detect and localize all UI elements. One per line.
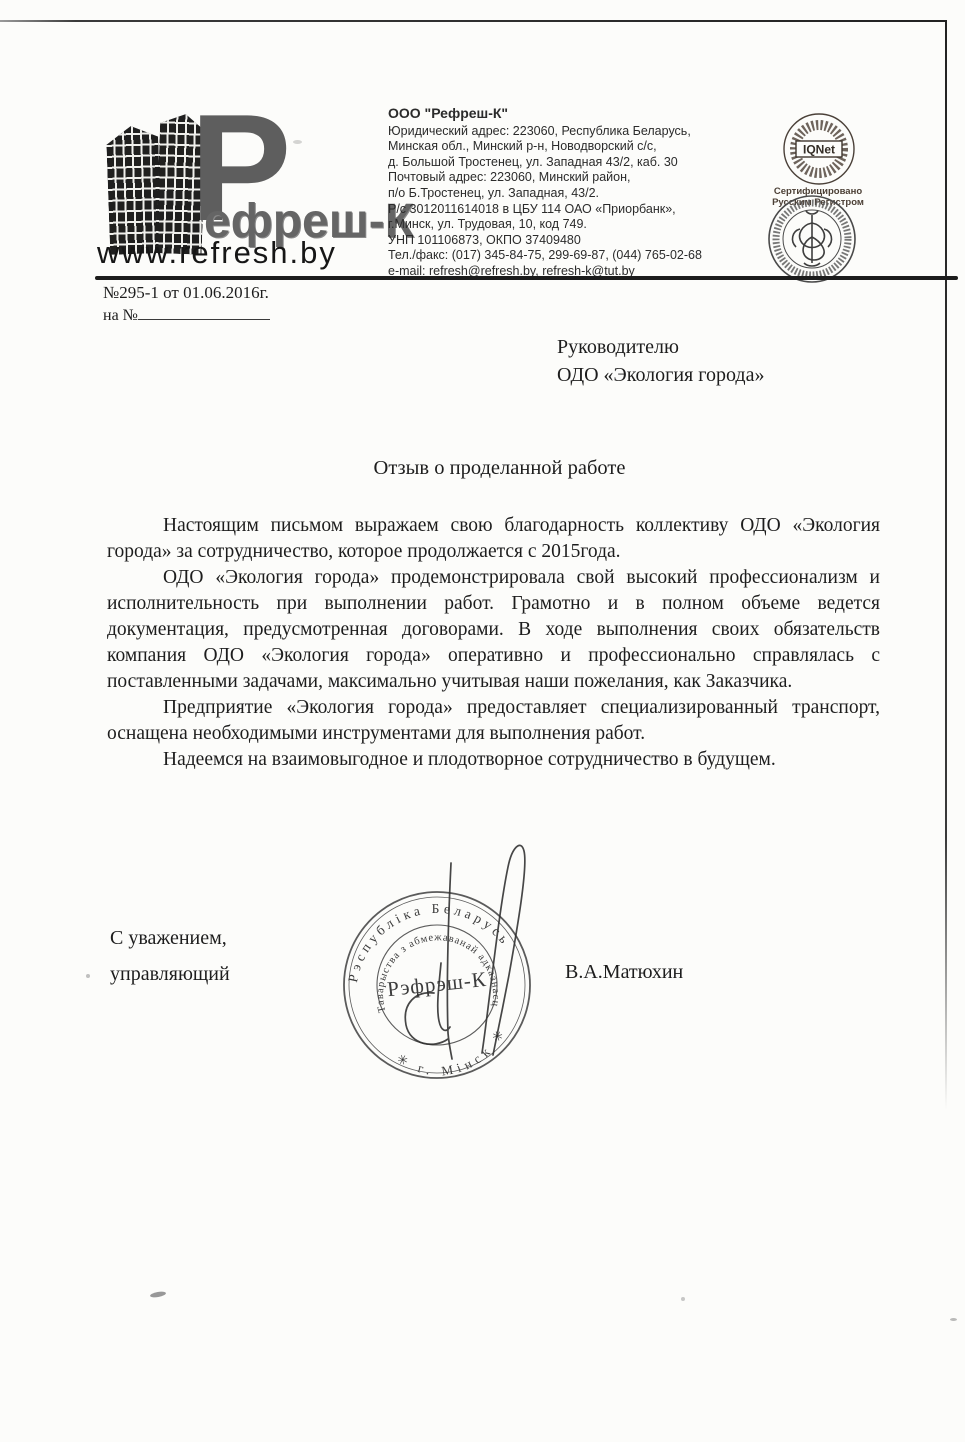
body-paragraph: Надеемся на взаимовыгодное и плодотворно… [107,747,880,773]
body-paragraph: Предприятие «Экология города» предоставл… [107,695,880,747]
letterhead-divider [95,276,958,280]
address-line: д. Большой Тростенец, ул. Западная 43/2,… [388,155,740,171]
address-line: Минская обл., Минский р-н, Новодворский … [388,139,740,155]
scan-speck [293,140,302,144]
iqnet-label: IQNet [803,143,835,157]
outgoing-number: №295-1 от 01.06.2016г. [103,283,269,303]
address-line: УНП 101106873, ОКПО 37409480 [388,233,740,249]
body-paragraph: Настоящим письмом выражаем свою благодар… [107,513,880,565]
incoming-number-blank [138,306,270,320]
scan-speck [150,1291,167,1299]
closing-phrase: С уважением, [110,927,227,950]
scan-border-top [0,20,947,22]
address-line: Р/с 3012011614018 в ЦБУ 114 ОАО «Приорба… [388,202,740,218]
recipient-block: Руководителю ОДО «Экология города» [557,333,764,389]
russian-register-seal [760,193,864,285]
scanned-letter-page: Р ефреш-К www.refresh.by ООО "Рефреш-К" … [0,0,965,1442]
recipient-organization: ОДО «Экология города» [557,361,764,389]
body-paragraph: ОДО «Экология города» продемонстрировала… [107,565,880,695]
company-name: ООО "Рефреш-К" [388,106,740,122]
letter-body: Настоящим письмом выражаем свою благодар… [107,513,880,773]
signer-position: управляющий [110,963,230,986]
address-line: Юридический адрес: 223060, Республика Бе… [388,124,740,140]
address-line: г.Минск, ул. Трудовая, 10, код 749. [388,217,740,233]
incoming-number-label: на № [103,307,138,324]
handwritten-signature [405,845,525,1059]
address-line: Почтовый адрес: 223060, Минский район, [388,170,740,186]
company-website: www.refresh.by [97,237,337,268]
stamp-center-text: Рэфрэш-К [386,967,488,1001]
company-stamp: Рэспубліка Беларусь ✳ г. Мінск ✳ Таварыс… [322,835,567,1095]
recipient-title: Руководителю [557,333,764,361]
iqnet-seal: IQNet [776,111,862,189]
phone-fax-line: Тел./факс: (017) 345-84-75, 299-69-87, (… [388,248,740,264]
document-title: Отзыв о проделанной работе [107,457,892,480]
scan-speck [86,974,90,978]
signer-name: В.А.Матюхин [565,961,683,984]
scan-speck [950,1318,957,1321]
incoming-number-row: на № [103,306,270,325]
company-info-block: ООО "Рефреш-К" Юридический адрес: 223060… [388,106,740,280]
scan-speck [681,1297,685,1301]
scan-border-right [945,20,947,1110]
address-line: п/о Б.Тростенец, ул. Западная, 43/2. [388,186,740,202]
